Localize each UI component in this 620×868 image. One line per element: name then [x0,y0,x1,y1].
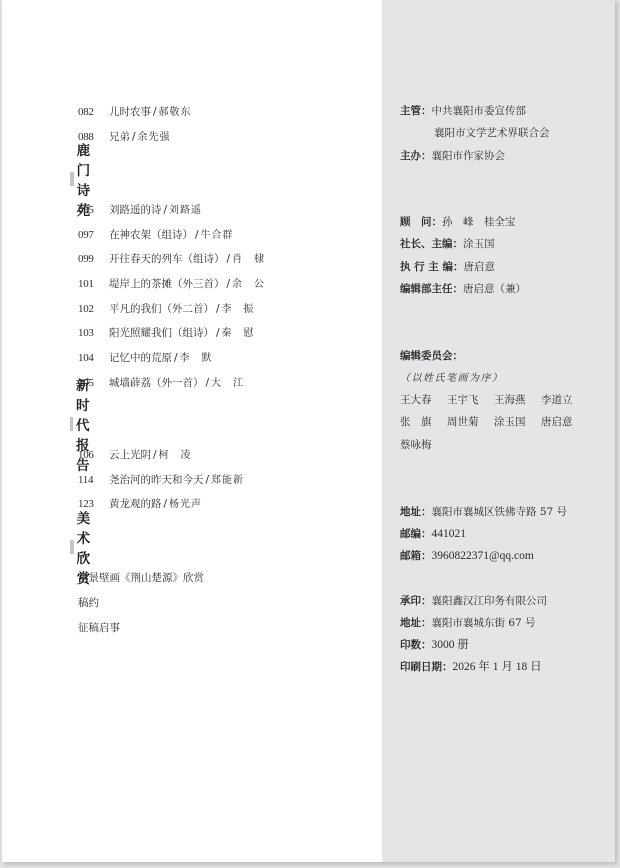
section-heading-new-era-report: 新时代报告 [70,415,97,433]
committee-note-line: （以姓氏笔画为序） [400,370,504,387]
toc-author: 李 默 [180,353,213,364]
email-label: 邮箱： [400,550,432,562]
toc-separator: / [227,253,231,265]
toc-item[interactable]: 101堤岸上的茶摊（外三首）/余 公 [78,276,265,292]
supervisor-label: 主管： [400,105,432,117]
toc-author: 李 振 [222,304,255,315]
postcode-label: 邮编： [400,528,432,540]
print-date-value: 2026 年 1 月 18 日 [453,661,542,673]
exec-editor-line: 执 行 主 编：唐启意 [400,259,495,275]
toc-item[interactable]: 102平凡的我们（外二首）/李 振 [78,301,255,317]
toc-item[interactable]: 全景壁画《荆山楚源》欣赏 [78,570,204,586]
supervisor-line-2: 襄阳市文学艺术界联合会 [434,125,550,141]
section-marker-icon [70,540,74,554]
toc-page-number: 099 [78,251,109,267]
toc-author: 余 公 [232,279,265,290]
toc-title: 黄龙观的路 [109,498,162,510]
supervisor-line: 主管：中共襄阳市委宣传部 [400,103,526,119]
advisor-value: 孙 峰 桂全宝 [442,216,516,228]
toc-page-number: 106 [78,447,109,463]
toc-author: 秦 慰 [222,328,255,339]
postcode-line: 邮编：441021 [400,526,466,542]
committee-member: 涂玉国 [494,414,541,430]
toc-author: 肖 棣 [232,254,265,265]
address-line: 地址：襄阳市襄城区铁佛寺路 57 号 [400,504,567,520]
section-heading-lumen-poetry: 鹿门诗苑 [70,170,97,188]
toc-title: 记忆中的荒原 [109,352,172,364]
committee-member: 唐启意 [541,414,588,430]
toc-title: 稿约 [78,597,99,609]
toc-separator: / [216,327,220,339]
toc-separator: / [216,303,220,315]
toc-item[interactable]: 105城墙薜荔（外一首）/大 江 [78,375,244,391]
toc-title: 堤岸上的茶摊（外三首） [109,278,225,290]
toc-title: 云上光阴 [109,449,151,461]
email-line: 邮箱：3960822371@qq.com [400,548,534,564]
office-director-line: 编辑部主任：唐启意（兼） [400,281,526,297]
committee-member: 张 旗 [400,414,447,430]
toc-separator: / [164,498,168,510]
sponsor-label: 主办： [400,150,432,162]
printer-address-label: 地址： [400,617,432,629]
committee-member: 王海燕 [494,392,541,408]
toc-item[interactable]: 095刘路遥的诗/刘路遥 [78,202,202,218]
committee-member: 王大春 [400,392,447,408]
toc-separator: / [164,204,168,216]
toc-item[interactable]: 097在神农架（组诗）/牛合群 [78,227,234,243]
printer-label: 承印： [400,595,432,607]
section-marker-icon [70,172,74,186]
exec-editor-label: 执 行 主 编： [400,261,463,273]
committee-member: 周世菊 [447,414,494,430]
toc-item[interactable]: 082儿时农事/郝敬东 [78,104,192,120]
committee-row: 王大春王宇飞王海燕李道立 [400,392,588,408]
toc-page-number: 114 [78,472,109,488]
toc-separator: / [195,229,199,241]
toc-title: 尧治河的昨天和今天 [109,474,204,486]
magazine-page: 082儿时农事/郝敬东 088兄弟/余先强 鹿门诗苑 095刘路遥的诗/刘路遥 … [2,0,615,862]
print-count-label: 印数： [400,639,432,651]
toc-author: 郝敬东 [159,107,192,118]
sponsor-value: 襄阳市作家协会 [432,150,506,162]
president-value: 涂玉国 [463,238,495,250]
toc-separator: / [206,377,210,389]
printer-address-value: 襄阳市襄城东街 67 号 [432,617,536,629]
toc-title: 城墙薜荔（外一首） [109,377,204,389]
toc-page-number: 082 [78,104,109,120]
toc-item[interactable]: 099开往春天的列车（组诗）/肖 棣 [78,251,265,267]
toc-item[interactable]: 103阳光照耀我们（组诗）/秦 慰 [78,325,255,341]
office-director-value: 唐启意（兼） [463,283,526,295]
toc-author: 柯 凌 [159,450,192,461]
toc-item[interactable]: 106云上光阴/柯 凌 [78,447,192,463]
print-date-label: 印刷日期： [400,661,453,673]
toc-page-number: 095 [78,202,109,218]
toc-page-number: 102 [78,301,109,317]
toc-author: 余先强 [138,132,171,143]
exec-editor-value: 唐启意 [463,261,495,273]
toc-title: 儿时农事 [109,106,151,118]
toc-item[interactable]: 稿约 [78,595,99,611]
toc-separator: / [174,352,178,364]
toc-author: 大 江 [211,378,244,389]
address-label: 地址： [400,506,432,518]
print-date-line: 印刷日期：2026 年 1 月 18 日 [400,659,542,675]
toc-page-number: 097 [78,227,109,243]
toc-author: 刘路遥 [169,205,202,216]
toc-author: 杨光声 [169,499,202,510]
toc-title: 开往春天的列车（组诗） [109,253,225,265]
toc-page-number: 103 [78,325,109,341]
printer-value: 襄阳鑫汉江印务有限公司 [432,595,548,607]
print-count-line: 印数：3000 册 [400,637,469,653]
toc-title: 全景壁画《荆山楚源》欣赏 [78,572,204,584]
postcode-value: 441021 [432,528,467,540]
toc-title: 兄弟 [109,131,130,143]
toc-separator: / [206,474,210,486]
toc-separator: / [153,449,157,461]
toc-title: 平凡的我们（外二首） [109,303,214,315]
committee-row: 张 旗周世菊涂玉国唐启意 [400,414,588,430]
toc-item[interactable]: 114尧治河的昨天和今天/郑能新 [78,472,244,488]
advisor-label: 顾 问： [400,216,442,228]
committee-row: 蔡咏梅 [400,437,447,453]
toc-title: 征稿启事 [78,622,120,634]
section-heading-art-appreciation: 美术欣赏 [70,538,97,556]
president-line: 社长、主编：涂玉国 [400,236,495,252]
email-value[interactable]: 3960822371@qq.com [432,550,534,562]
committee-label: 编辑委员会： [400,350,463,362]
toc-item[interactable]: 征稿启事 [78,620,120,636]
toc-separator: / [153,106,157,118]
toc-title: 在神农架（组诗） [109,229,193,241]
president-label: 社长、主编： [400,238,463,250]
committee-member: 蔡咏梅 [400,437,447,453]
sponsor-line: 主办：襄阳市作家协会 [400,148,505,164]
toc-separator: / [132,131,136,143]
committee-member: 李道立 [541,392,588,408]
supervisor-value-2: 襄阳市文学艺术界联合会 [434,127,550,139]
toc-title: 刘路遥的诗 [109,204,162,216]
toc-item[interactable]: 104记忆中的荒原/李 默 [78,350,213,366]
toc-title: 阳光照耀我们（组诗） [109,327,214,339]
print-count-value: 3000 册 [432,639,469,651]
committee-member: 王宇飞 [447,392,494,408]
office-director-label: 编辑部主任： [400,283,463,295]
advisor-line: 顾 问：孙 峰 桂全宝 [400,214,516,230]
toc-author: 郑能新 [211,475,244,486]
committee-note: （以姓氏笔画为序） [400,373,504,384]
toc-page-number: 104 [78,350,109,366]
printer-line: 承印：襄阳鑫汉江印务有限公司 [400,593,547,609]
toc-separator: / [227,278,231,290]
toc-author: 牛合群 [201,230,234,241]
toc-page-number: 101 [78,276,109,292]
section-marker-icon [70,417,73,431]
address-value: 襄阳市襄城区铁佛寺路 57 号 [432,506,568,518]
printer-address-line: 地址：襄阳市襄城东街 67 号 [400,615,536,631]
supervisor-value: 中共襄阳市委宣传部 [432,105,527,117]
committee-heading: 编辑委员会： [400,348,463,364]
